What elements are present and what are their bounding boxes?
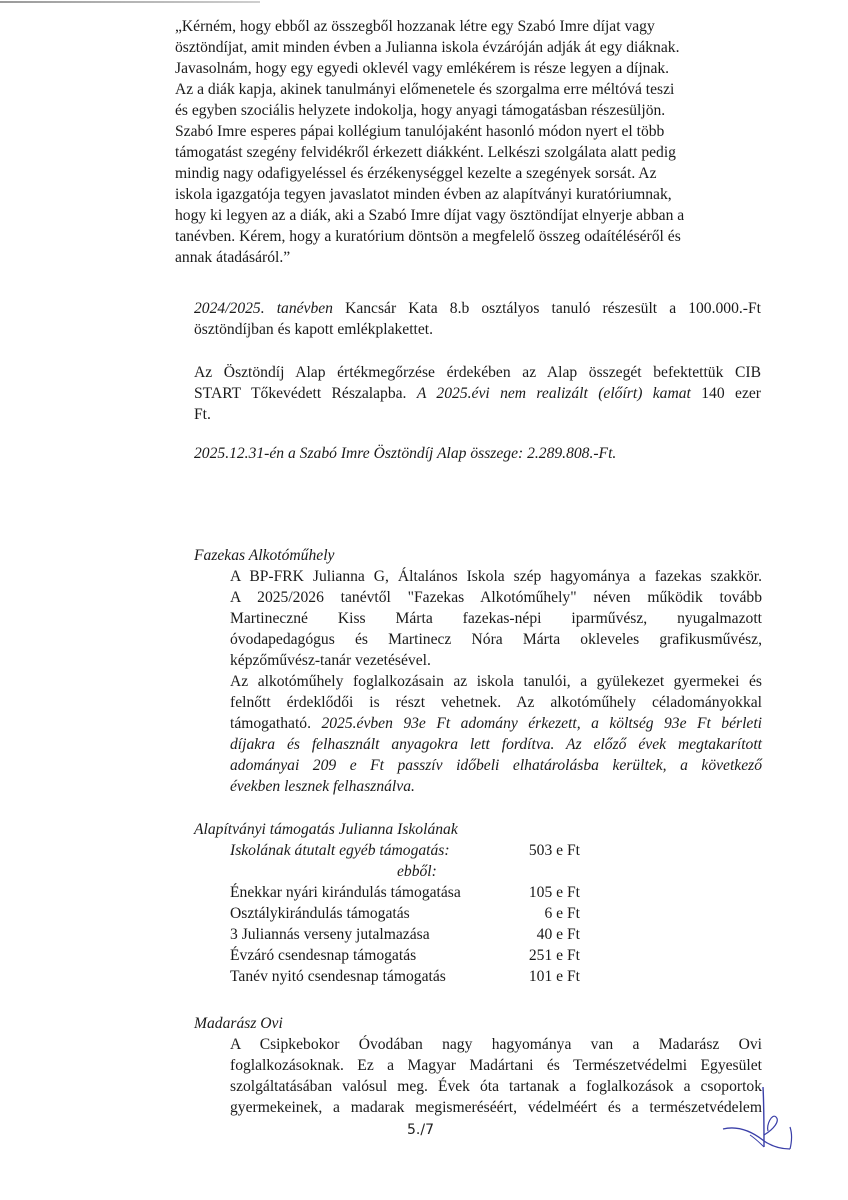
bequest-quote: „Kérném, hogy ebből az összegből hozzana…	[175, 16, 781, 268]
madarasz-line: gyermekeinek, a madarak megismeréséért, …	[230, 1097, 762, 1118]
support-item-value: 251 e Ft	[529, 945, 580, 966]
fund-balance: 2025.12.31-én a Szabó Imre Ösztöndíj Ala…	[194, 443, 761, 464]
quote-line: és egyben szociális helyzete indokolja, …	[181, 100, 781, 121]
fazekas-finance-line: díjakra és felhasznált anyagokra lett fo…	[230, 734, 762, 755]
section-heading-support: Alapítványi támogatás Julianna Iskolának	[194, 819, 458, 840]
signature-icon	[720, 1085, 820, 1165]
investment-paragraph: Az Ösztöndíj Alap értékmegőrzése érdekéb…	[194, 362, 761, 425]
support-sub-label: ebből:	[397, 861, 437, 882]
quote-line: annak átadásáról.”	[181, 247, 781, 268]
document-page: „Kérném, hogy ebből az összegből hozzana…	[0, 0, 848, 1200]
fazekas-line: A BP-FRK Julianna G, Általános Iskola sz…	[230, 566, 762, 587]
quote-line: Javasolnám, hogy egy egyedi oklevél vagy…	[181, 58, 781, 79]
madarasz-line: foglalkozásoknak. Ez a Magyar Madártani …	[230, 1055, 762, 1076]
support-subheader-row: ebből:	[230, 861, 580, 882]
fazekas-line: Martineczné Kiss Márta fazekas-népi ipar…	[230, 608, 762, 629]
support-total-label: Iskolának átutalt egyéb támogatás:	[230, 840, 450, 861]
table-row: Évzáró csendesnap támogatás 251 e Ft	[230, 945, 580, 966]
support-item-value: 101 e Ft	[529, 966, 580, 987]
support-item-value: 105 e Ft	[529, 882, 580, 903]
fazekas-paragraph: A BP-FRK Julianna G, Általános Iskola sz…	[230, 566, 762, 797]
madarasz-line: A Csipkebokor Óvodában nagy hagyománya v…	[230, 1034, 762, 1055]
support-item-label: Osztálykirándulás támogatás	[230, 903, 410, 924]
support-total-value: 503 e Ft	[529, 840, 580, 861]
award-text: Kancsár Kata 8.b osztályos tanuló részes…	[333, 300, 761, 317]
fazekas-line: A 2025/2026 tanévtől "Fazekas Alkotóműhe…	[230, 587, 762, 608]
investment-fund: START Tőkevédett Részalapba.	[194, 385, 417, 402]
quote-line: mindig nagy odafigyeléssel és érzékenysé…	[181, 163, 781, 184]
madarasz-line: szolgáltatásában valósul meg. Évek óta t…	[230, 1076, 762, 1097]
table-row: Tanév nyitó csendesnap támogatás 101 e F…	[230, 966, 580, 987]
award-year: 2024/2025. tanévben	[194, 300, 333, 317]
support-item-label: 3 Juliannás verseny jutalmazása	[230, 924, 430, 945]
quote-line: „Kérném, hogy ebből az összegből hozzana…	[181, 16, 781, 37]
investment-line: Ft.	[194, 404, 761, 425]
investment-line: Az Ösztöndíj Alap értékmegőrzése érdekéb…	[194, 362, 761, 383]
award-text-2: ösztöndíjban és kapott emlékplakettet.	[194, 319, 761, 340]
support-item-label: Tanév nyitó csendesnap támogatás	[230, 966, 446, 987]
table-row: Osztálykirándulás támogatás 6 e Ft	[230, 903, 580, 924]
fazekas-finance-line: adományai 209 e Ft passzív időbeli elhat…	[230, 755, 762, 776]
fazekas-line: Az alkotóműhely foglalkozásain az iskola…	[230, 671, 762, 692]
section-heading-fazekas: Fazekas Alkotóműhely	[194, 545, 334, 566]
support-item-value: 6 e Ft	[544, 903, 580, 924]
fazekas-line: óvodapedagógus és Martinecz Nóra Márta o…	[230, 629, 762, 650]
quote-line: Az a diák kapja, akinek tanulmányi előme…	[181, 79, 781, 100]
fazekas-finance: 2025.évben 93e Ft adomány érkezett, a kö…	[321, 715, 762, 732]
support-table: Iskolának átutalt egyéb támogatás: 503 e…	[230, 840, 580, 987]
award-paragraph: 2024/2025. tanévben Kancsár Kata 8.b osz…	[194, 298, 761, 340]
fazekas-line: támogatható.	[230, 715, 321, 732]
quote-line: hogy ki legyen az a diák, aki a Szabó Im…	[181, 205, 781, 226]
support-item-label: Énekkar nyári kirándulás támogatása	[230, 882, 461, 903]
quote-line: ösztöndíjat, amit minden évben a Juliann…	[181, 37, 781, 58]
interest-label: A 2025.évi nem realizált (előírt) kamat	[417, 385, 691, 402]
support-item-label: Évzáró csendesnap támogatás	[230, 945, 416, 966]
table-row: 3 Juliannás verseny jutalmazása 40 e Ft	[230, 924, 580, 945]
support-total-row: Iskolának átutalt egyéb támogatás: 503 e…	[230, 840, 580, 861]
page-number: 5./7	[407, 1122, 434, 1138]
section-heading-madarasz: Madarász Ovi	[194, 1013, 283, 1034]
interest-value: 140 ezer	[691, 385, 761, 402]
support-item-value: 40 e Ft	[537, 924, 580, 945]
table-row: Énekkar nyári kirándulás támogatása 105 …	[230, 882, 580, 903]
quote-line: iskola igazgatója tegyen javaslatot mind…	[181, 184, 781, 205]
fazekas-line: képzőművész-tanár vezetésével.	[230, 650, 762, 671]
fazekas-line: felnőtt érdeklődői is részt vehetnek. Az…	[230, 692, 762, 713]
madarasz-paragraph: A Csipkebokor Óvodában nagy hagyománya v…	[230, 1034, 762, 1118]
quote-line: támogatást szegény felvidékről érkezett …	[181, 142, 781, 163]
quote-line: tanévben. Kérem, hogy a kuratórium dönts…	[181, 226, 781, 247]
fazekas-finance-line: években lesznek felhasználva.	[230, 776, 762, 797]
quote-line: Szabó Imre esperes pápai kollégium tanul…	[181, 121, 781, 142]
